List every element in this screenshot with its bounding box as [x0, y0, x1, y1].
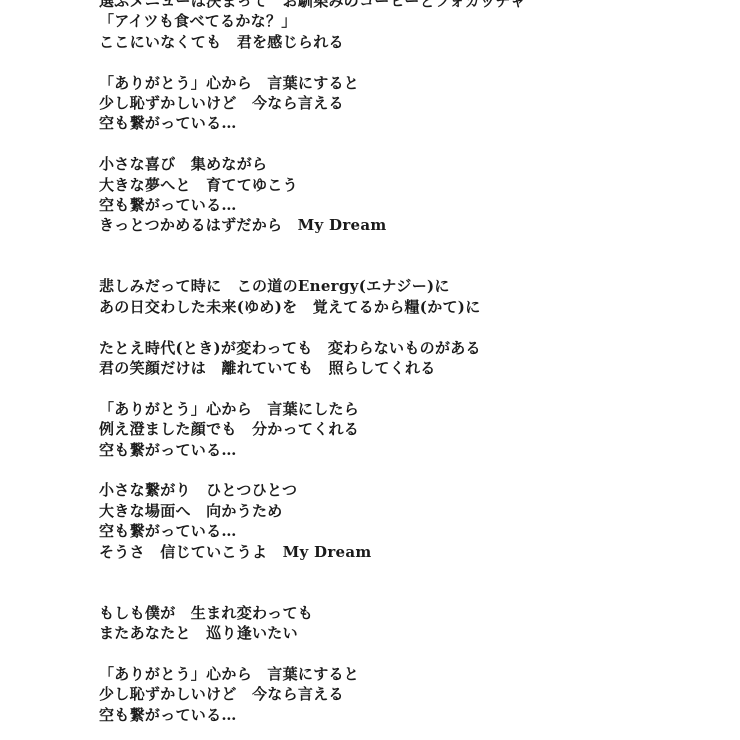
stanza: 小さな喜び 集めながら 大きな夢へと 育ててゆこう 空も繋がっている… きっとつ… [99, 154, 719, 236]
stanza: もしも僕が 生まれ変わっても またあなたと 巡り逢いたい [99, 603, 719, 644]
lyric-line: 例え澄ました顔でも 分かってくれる [99, 419, 719, 439]
lyric-line: 空も繋がっている… [99, 521, 719, 541]
lyric-line: 空も繋がっている… [99, 113, 719, 133]
lyric-line: 「アイツも食べてるかな？」 [99, 11, 719, 31]
stanza: たとえ時代(とき)が変わっても 変わらないものがある 君の笑顔だけは 離れていて… [99, 338, 719, 379]
stanza-gap [99, 317, 719, 337]
lyric-line: 小さな喜び 集めながら [99, 154, 719, 174]
stanza-gap [99, 52, 719, 72]
lyric-line: 「ありがとう」心から 言葉にすると [99, 664, 719, 684]
lyric-line: きっとつかめるはずだから My Dream [99, 215, 719, 235]
lyric-line: 大きな夢へと 育ててゆこう [99, 175, 719, 195]
lyric-line: 「ありがとう」心から 言葉にすると [99, 73, 719, 93]
stanza: 「ありがとう」心から 言葉にすると 少し恥ずかしいけど 今なら言える 空も繋がっ… [99, 664, 719, 725]
stanza: 選ぶメニューは決まって お馴染みのコーヒーとフォカッチャ 「アイツも食べてるかな… [99, 0, 719, 52]
lyric-line: そうさ 信じていこうよ My Dream [99, 542, 719, 562]
lyric-line: 大きな場面へ 向かうため [99, 501, 719, 521]
stanza: 悲しみだって時に この道のEnergy(エナジー)に あの日交わした未来(ゆめ)… [99, 276, 719, 317]
stanza-gap [99, 644, 719, 664]
lyric-line: 悲しみだって時に この道のEnergy(エナジー)に [99, 276, 719, 296]
lyric-line: 「ありがとう」心から 言葉にしたら [99, 399, 719, 419]
lyric-line: たとえ時代(とき)が変わっても 変わらないものがある [99, 338, 719, 358]
lyric-line: 君の笑顔だけは 離れていても 照らしてくれる [99, 358, 719, 378]
stanza-gap [99, 134, 719, 154]
lyric-line: もしも僕が 生まれ変わっても [99, 603, 719, 623]
lyric-line: 少し恥ずかしいけど 今なら言える [99, 93, 719, 113]
lyric-line: またあなたと 巡り逢いたい [99, 623, 719, 643]
lyric-line: 空も繋がっている… [99, 705, 719, 725]
lyric-line: 少し恥ずかしいけど 今なら言える [99, 684, 719, 704]
lyric-line: 空も繋がっている… [99, 195, 719, 215]
stanza: 「ありがとう」心から 言葉にしたら 例え澄ました顔でも 分かってくれる 空も繋が… [99, 399, 719, 460]
lyric-line: ここにいなくても 君を感じられる [99, 32, 719, 52]
stanza: 「ありがとう」心から 言葉にすると 少し恥ずかしいけど 今なら言える 空も繋がっ… [99, 73, 719, 134]
stanza-gap [99, 378, 719, 398]
lyrics-text: 選ぶメニューは決まって お馴染みのコーヒーとフォカッチャ 「アイツも食べてるかな… [99, 0, 719, 725]
lyric-line: 小さな繋がり ひとつひとつ [99, 480, 719, 500]
lyric-line: 選ぶメニューは決まって お馴染みのコーヒーとフォカッチャ [99, 0, 719, 11]
section-gap [99, 562, 719, 603]
stanza-gap [99, 460, 719, 480]
stanza: 小さな繋がり ひとつひとつ 大きな場面へ 向かうため 空も繋がっている… そうさ… [99, 480, 719, 562]
lyric-line: あの日交わした未来(ゆめ)を 覚えてるから糧(かて)に [99, 297, 719, 317]
lyric-line: 空も繋がっている… [99, 440, 719, 460]
section-gap [99, 236, 719, 277]
